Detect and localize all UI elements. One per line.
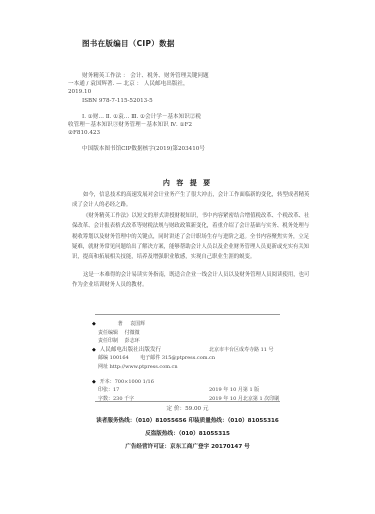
publisher-row: ◆ 人民邮电出版社出版发行 北京市丰台区成寿寺路 11 号	[92, 346, 292, 355]
publication-info: ◆ 著 袁国辉 责任编辑 付微微 责任印制 彭志环 ◆ 人民邮电出版社出版发行 …	[92, 320, 292, 403]
cip-line: 收管理－基本知识③财务管理－基本知识 Ⅳ. ①F2	[68, 121, 268, 129]
diamond-bullet-icon: ◆	[92, 320, 98, 329]
cip-line: 2019.10	[68, 88, 268, 96]
reader-hotline: 读者服务热线：（010）81055656 印装质量热线：（010）8105531…	[0, 416, 375, 424]
cip-record: 财务精英工作法 ： 会计、税务、财务管理关键问题 一本通 / 袁国辉著. — 北…	[68, 72, 268, 154]
divider-top	[95, 314, 280, 315]
diamond-bullet-icon: ◆	[92, 378, 98, 387]
cip-isbn: ISBN 978-7-115-52013-5	[68, 97, 268, 105]
printing-label: 责任印制	[98, 338, 118, 344]
author-label: 著	[100, 321, 123, 327]
cip-line: 财务精英工作法 ： 会计、税务、财务管理关键问题	[68, 72, 268, 80]
words-row: 字数：230 千字 2019 年 10 月北京第 1 次印刷	[92, 395, 292, 404]
summary-paragraph: 《财务精英工作法》以短文的形式讲授财税知识，书中内容紧密结合增值税改革、个税改革…	[72, 211, 310, 263]
cip-line: 一本通 / 袁国辉著. — 北京 ： 人民邮电出版社，	[68, 80, 268, 88]
print-run: 2019 年 10 月北京第 1 次印刷	[209, 395, 279, 404]
sheets: 印张：17	[98, 387, 119, 393]
divider-bottom	[95, 401, 280, 402]
sheets-row: 印张：17 2019 年 10 月第 1 版	[92, 386, 292, 395]
format-row: ◆ 开本：700×1000 1/16	[92, 378, 292, 387]
edition: 2019 年 10 月第 1 版	[209, 386, 259, 395]
summary-title: 内 容 提 要	[0, 178, 375, 188]
editor-name: 付微微	[120, 330, 140, 336]
publisher-name: 人民邮电出版社出版发行	[100, 347, 162, 353]
ad-license: 广告经营许可证：京东工商广登字 20170147 号	[0, 442, 375, 450]
format: 开本：700×1000 1/16	[100, 379, 154, 385]
publisher-address: 北京市丰台区成寿寺路 11 号	[209, 346, 274, 355]
diamond-bullet-icon: ◆	[92, 346, 98, 355]
cip-line: ②F810.423	[68, 129, 268, 137]
cip-number: 中国版本图书馆CIP数据核字(2019)第203410号	[68, 145, 268, 153]
summary-paragraph: 这是一本难得的会计易读实务指南，既适合企业一线会计人员以及财务管理人员阅读使用，…	[72, 270, 310, 291]
cip-heading: 图书在版编目（CIP）数据	[82, 38, 175, 49]
piracy-hotline: 反盗版热线：（010）81055315	[0, 429, 375, 437]
summary-body: 如今，信息技术的高速发展对会计业务产生了很大冲击，会计工作面临新的变化，转型成者…	[72, 190, 310, 291]
author-name: 袁国辉	[124, 321, 145, 327]
contact-row: 邮编 100164 电子邮件 315@ptpress.com.cn	[92, 354, 292, 363]
editor-row: 责任编辑 付微微	[92, 329, 292, 338]
printing-row: 责任印制 彭志环	[92, 337, 292, 346]
website-row: 网址 http://www.ptpress.com.cn	[92, 363, 292, 372]
printing-name: 彭志环	[120, 338, 140, 344]
email: 电子邮件 315@ptpress.com.cn	[130, 355, 215, 361]
cip-line: Ⅰ. ①财… Ⅱ. ①袁… Ⅲ. ①会计学－基本知识②税	[68, 113, 268, 121]
website: 网址 http://www.ptpress.com.cn	[98, 364, 178, 370]
author-row: ◆ 著 袁国辉	[92, 320, 292, 329]
editor-label: 责任编辑	[98, 330, 118, 336]
price: 定 价：59.00 元	[0, 404, 375, 412]
summary-paragraph: 如今，信息技术的高速发展对会计业务产生了很大冲击，会计工作面临新的变化，转型成者…	[72, 190, 310, 211]
postcode: 邮编 100164	[98, 355, 129, 361]
